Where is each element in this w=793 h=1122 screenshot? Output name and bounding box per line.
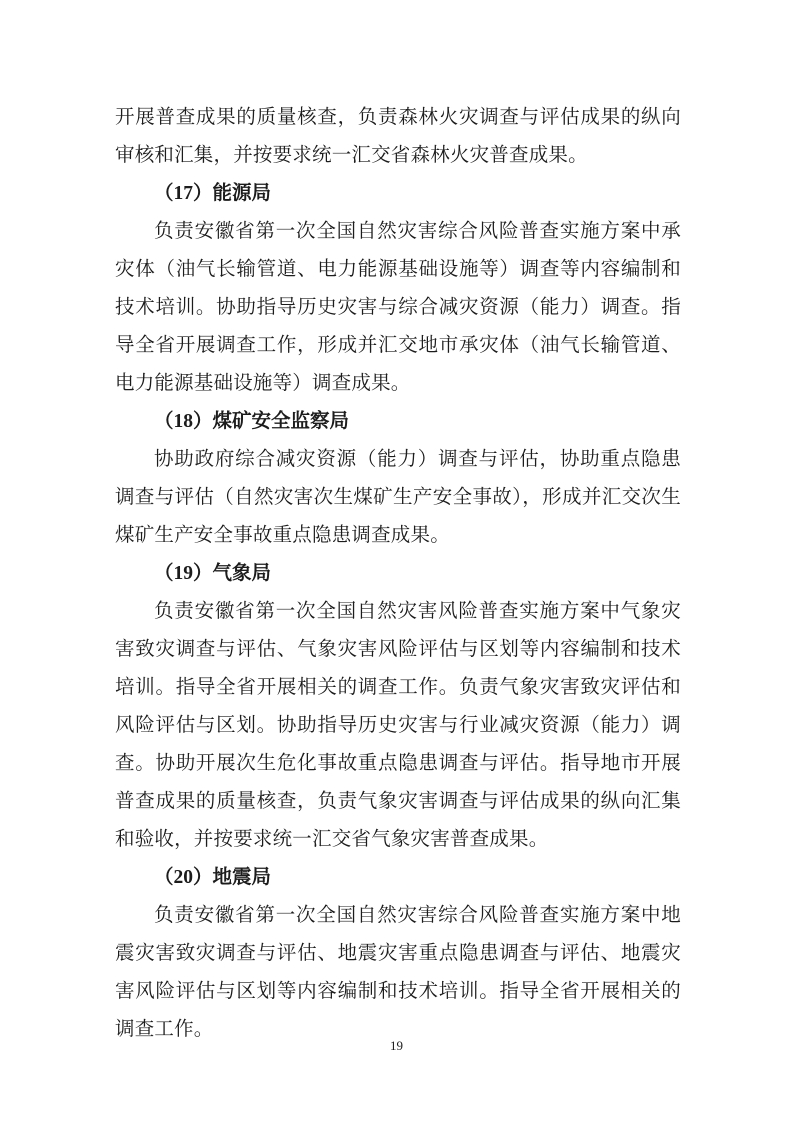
paragraph-coal-mine-safety-duties: 协助政府综合减灾资源（能力）调查与评估，协助重点隐患调查与评估（自然灾害次生煤矿…: [115, 441, 681, 555]
paragraph-seismological-bureau-duties: 负责安徽省第一次全国自然灾害综合风险普查实施方案中地震灾害致灾调查与评估、地震灾…: [115, 897, 681, 1049]
heading-19-meteorological-bureau: （19）气象局: [115, 555, 681, 593]
page-number: 19: [0, 1038, 793, 1054]
document-page: 开展普查成果的质量核查，负责森林火灾调查与评估成果的纵向审核和汇集，并按要求统一…: [0, 0, 793, 1122]
paragraph-meteorological-bureau-duties: 负责安徽省第一次全国自然灾害风险普查实施方案中气象灾害致灾调查与评估、气象灾害风…: [115, 593, 681, 859]
page-body-text: 开展普查成果的质量核查，负责森林火灾调查与评估成果的纵向审核和汇集，并按要求统一…: [115, 99, 681, 1049]
heading-18-coal-mine-safety-supervision-bureau: （18）煤矿安全监察局: [115, 403, 681, 441]
paragraph-energy-bureau-duties: 负责安徽省第一次全国自然灾害综合风险普查实施方案中承灾体（油气长输管道、电力能源…: [115, 213, 681, 403]
heading-20-seismological-bureau: （20）地震局: [115, 859, 681, 897]
heading-17-energy-bureau: （17）能源局: [115, 175, 681, 213]
paragraph-forest-fire-continued: 开展普查成果的质量核查，负责森林火灾调查与评估成果的纵向审核和汇集，并按要求统一…: [115, 99, 681, 175]
